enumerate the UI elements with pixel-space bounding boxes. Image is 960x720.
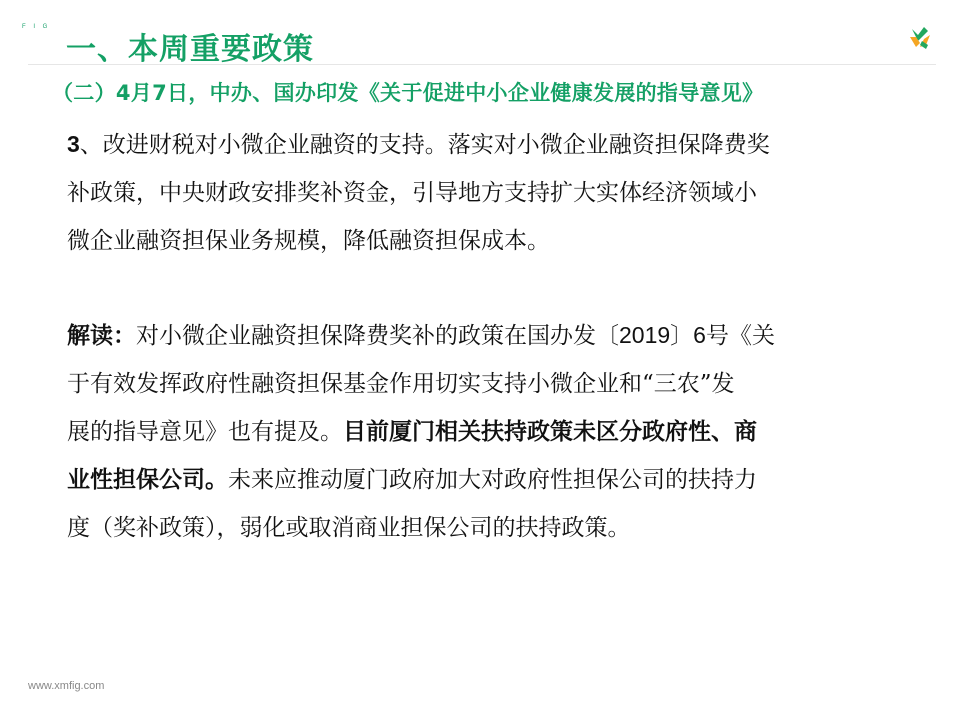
header-divider — [28, 64, 936, 65]
interp-line-5: 度（奖补政策），弱化或取消商业担保公司的扶持政策。 — [67, 504, 897, 552]
interp-line-3: 展的指导意见》也有提及。目前厦门相关扶持政策未区分政府性、商 — [67, 408, 897, 456]
item-number: 3 — [67, 131, 80, 157]
footer-url: www.xmfig.com — [28, 680, 104, 692]
policy-text: 、改进财税对小微企业融资的支持。落实对小微企业融资担保降费奖 — [80, 132, 770, 158]
interpretation-label: 解读： — [67, 322, 136, 349]
interp-text: 号《关 — [706, 323, 775, 349]
fig-logo-icon — [906, 23, 934, 51]
policy-line-1: 3、改进财税对小微企业融资的支持。落实对小微企业融资担保降费奖 — [67, 120, 897, 169]
doc-number: 6 — [693, 322, 706, 348]
interp-line-1: 解读：对小微企业融资担保降费奖补的政策在国办发〔2019〕6号《关 — [67, 311, 897, 360]
policy-line-2: 补政策，中央财政安排奖补资金，引导地方支持扩大实体经济领域小 — [67, 169, 897, 217]
interp-text: 展的指导意见》也有提及。 — [67, 419, 343, 445]
page-title: 一、本周重要政策 — [66, 24, 314, 68]
interpretation-paragraph: 解读：对小微企业融资担保降费奖补的政策在国办发〔2019〕6号《关 于有效发挥政… — [67, 311, 897, 552]
section-subtitle: （二）4月7日，中办、国办印发《关于促进中小企业健康发展的指导意见》 — [52, 77, 763, 107]
interp-text: 对小微企业融资担保降费奖补的政策在国办发〔 — [136, 323, 619, 349]
interp-line-2: 于有效发挥政府性融资担保基金作用切实支持小微企业和“三农”发 — [67, 360, 897, 408]
doc-year: 2019 — [619, 322, 670, 348]
interp-line-4: 业性担保公司。未来应推动厦门政府加大对政府性担保公司的扶持力 — [67, 456, 897, 504]
policy-line-3: 微企业融资担保业务规模，降低融资担保成本。 — [67, 217, 897, 265]
interp-text: 未来应推动厦门政府加大对政府性担保公司的扶持力 — [228, 467, 757, 493]
interp-emphasis: 业性担保公司。 — [67, 466, 228, 493]
brand-mark: F I G — [22, 24, 50, 30]
interp-text: 〕 — [670, 323, 693, 349]
interp-emphasis: 目前厦门相关扶持政策未区分政府性、商 — [343, 418, 757, 445]
policy-paragraph: 3、改进财税对小微企业融资的支持。落实对小微企业融资担保降费奖 补政策，中央财政… — [67, 120, 897, 265]
